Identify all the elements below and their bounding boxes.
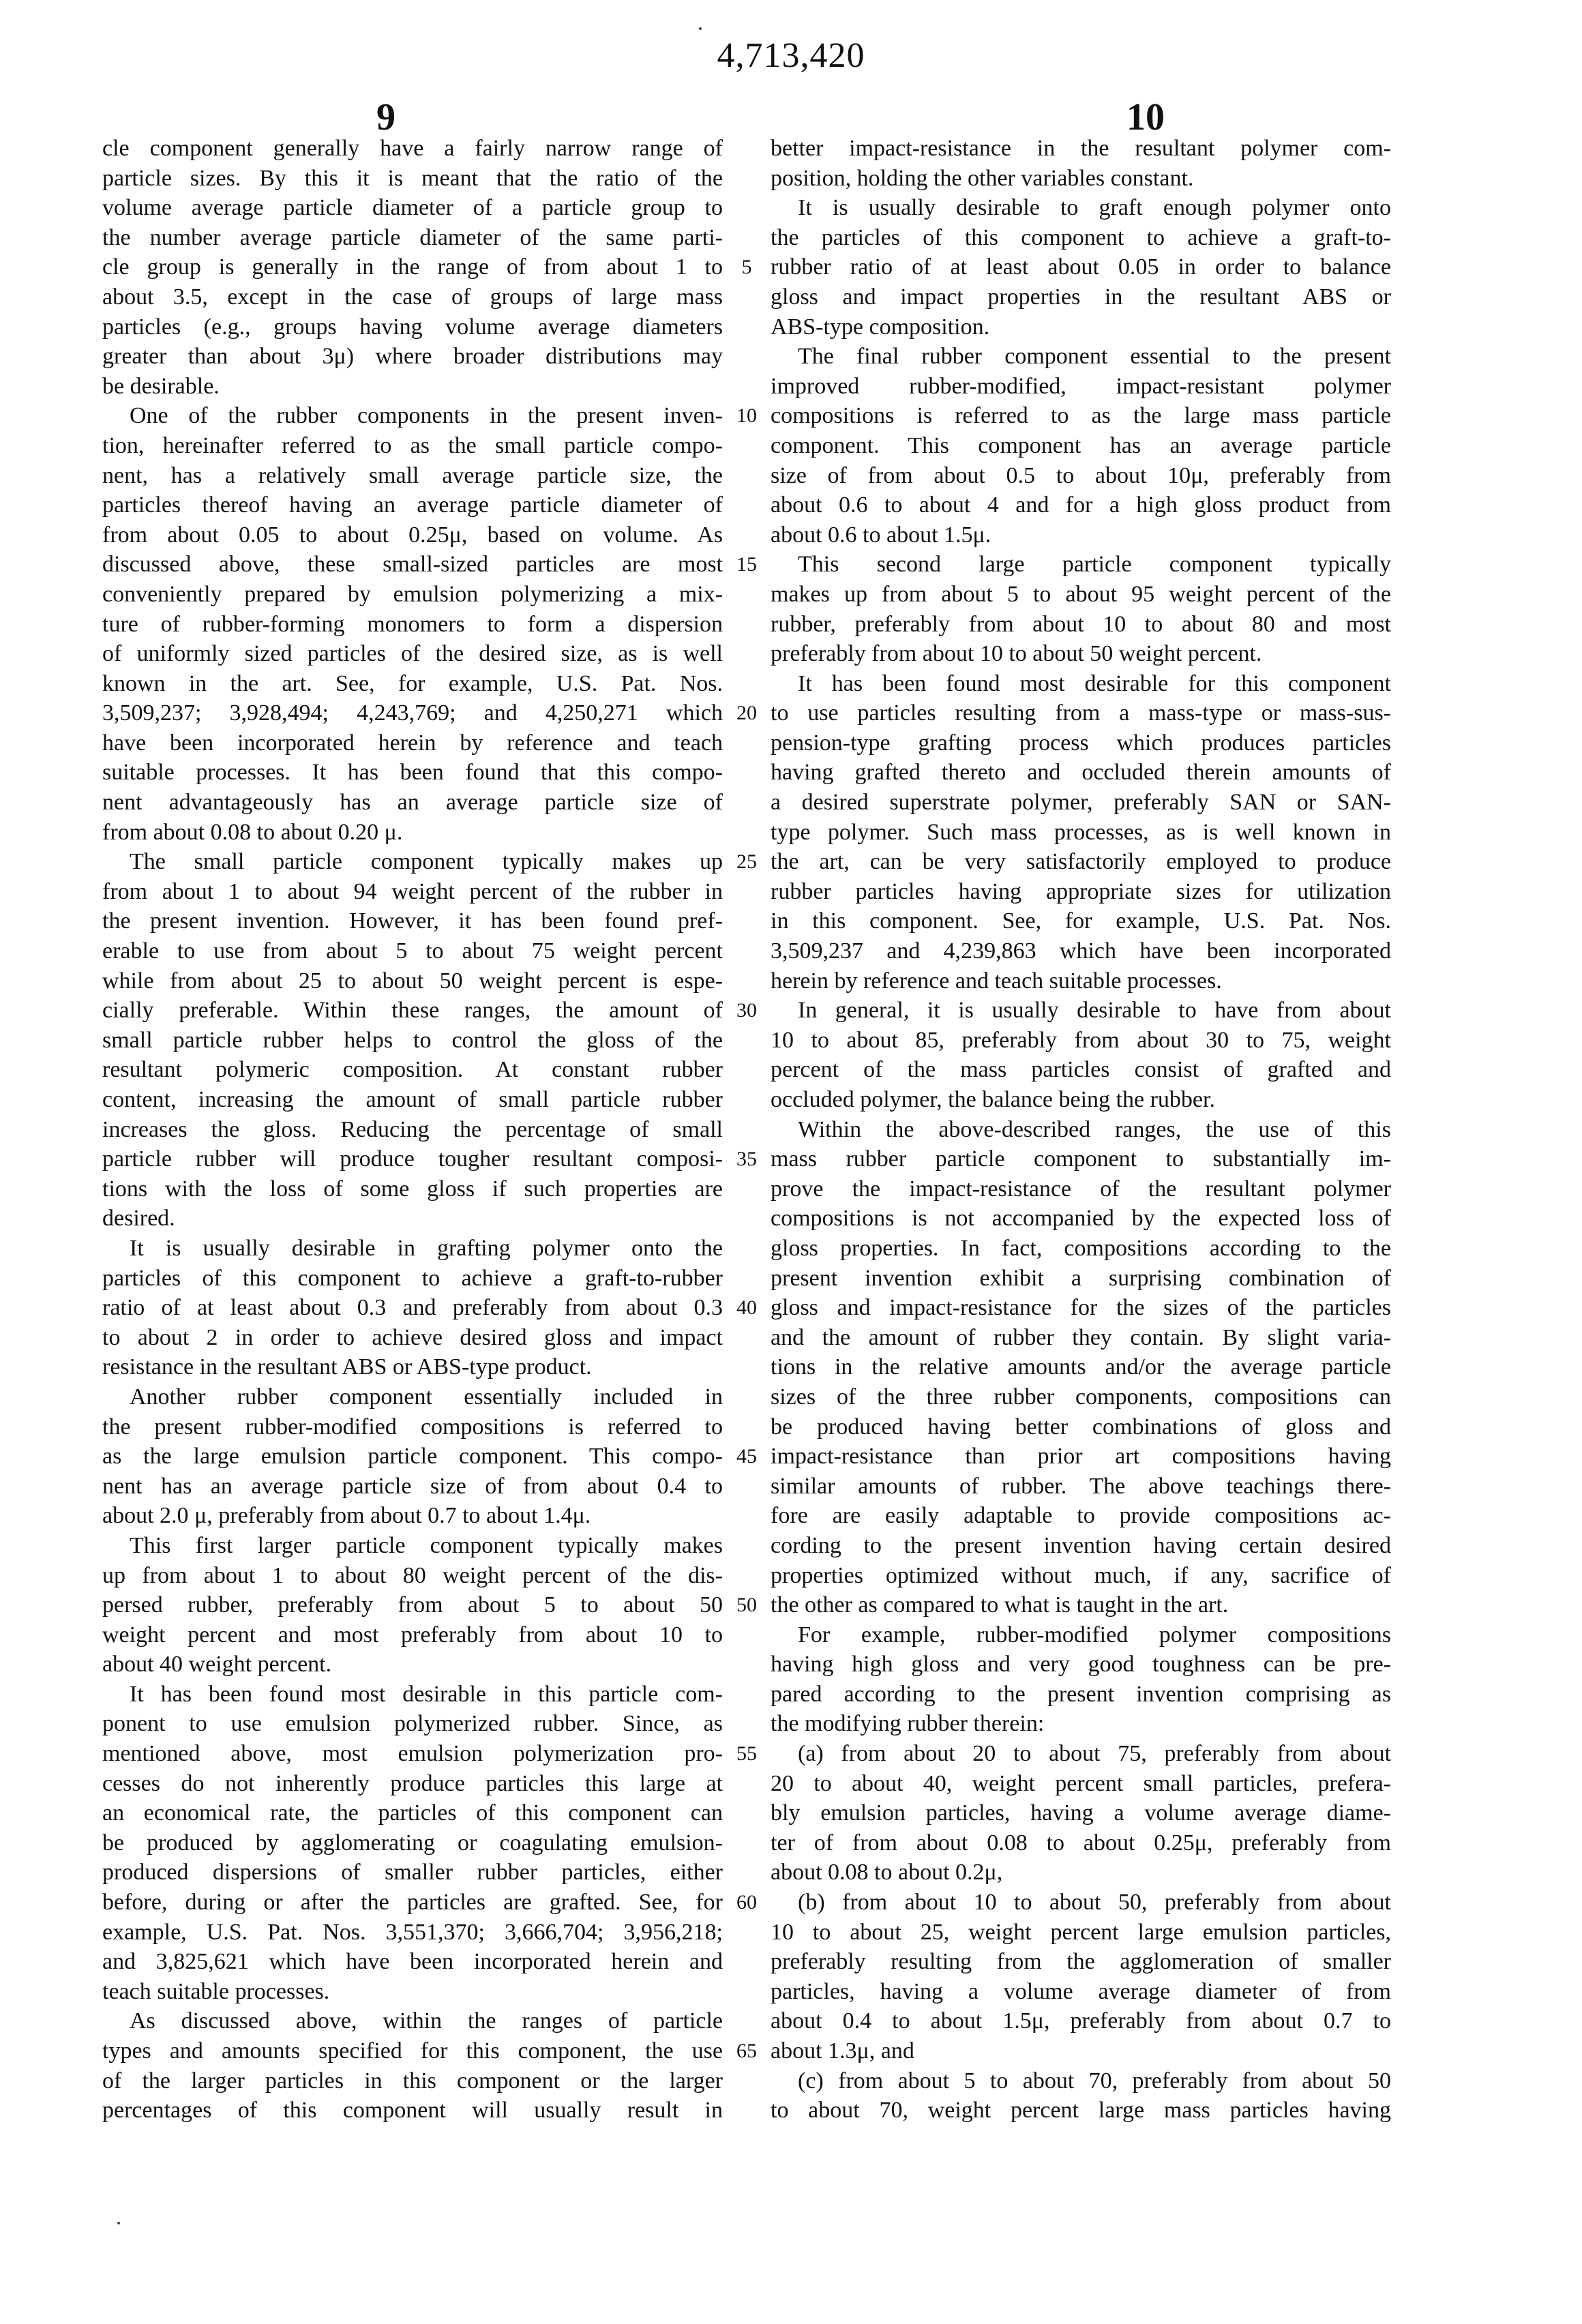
text-line: of uniformly sized particles of the desi… [102, 639, 723, 669]
line-number: 50 [730, 1590, 764, 1620]
text-line: to use particles resulting from a mass-t… [771, 698, 1391, 728]
line-number: 25 [730, 847, 764, 877]
text-line: rubber, preferably from about 10 to abou… [771, 610, 1391, 640]
text-line: properties optimized without much, if an… [771, 1561, 1391, 1591]
text-line: cially preferable. Within these ranges, … [102, 996, 723, 1026]
text-line: suitable processes. It has been found th… [102, 758, 723, 788]
line-number: 40 [730, 1293, 764, 1323]
text-line: cesses do not inherently produce particl… [102, 1769, 723, 1799]
right-column-number: 10 [1077, 95, 1214, 139]
text-line: type polymer. Such mass processes, as is… [771, 818, 1391, 848]
text-line: rubber particles having appropriate size… [771, 877, 1391, 907]
text-line: compositions is not accompanied by the e… [771, 1204, 1391, 1234]
text-line: about 0.6 to about 1.5μ. [771, 520, 1391, 550]
line-number: 55 [730, 1739, 764, 1769]
text-line: about 0.08 to about 0.2μ, [771, 1858, 1391, 1888]
text-line: bly emulsion particles, having a volume … [771, 1798, 1391, 1828]
text-line: fore are easily adaptable to provide com… [771, 1501, 1391, 1531]
scan-speck [699, 27, 702, 30]
text-line: nent, has a relatively small average par… [102, 461, 723, 491]
left-column-number: 9 [318, 95, 454, 139]
text-line: in this component. See, for example, U.S… [771, 906, 1391, 936]
text-line: tion, hereinafter referred to as the sma… [102, 431, 723, 461]
text-line: occluded polymer, the balance being the … [771, 1085, 1391, 1115]
text-line: better impact-resistance in the resultan… [771, 134, 1391, 164]
text-line: tions in the relative amounts and/or the… [771, 1352, 1391, 1382]
text-line: the present rubber-modified compositions… [102, 1412, 723, 1442]
text-line: particles thereof having an average part… [102, 490, 723, 520]
text-line: an economical rate, the particles of thi… [102, 1798, 723, 1828]
text-line: while from about 25 to about 50 weight p… [102, 966, 723, 996]
text-line: having high gloss and very good toughnes… [771, 1650, 1391, 1680]
text-line: be produced having better combinations o… [771, 1412, 1391, 1442]
text-line: particles of this component to achieve a… [102, 1264, 723, 1294]
text-line: sizes of the three rubber components, co… [771, 1382, 1391, 1412]
text-line: improved rubber-modified, impact-resista… [771, 372, 1391, 402]
text-line: the present invention. However, it has b… [102, 906, 723, 936]
text-line: the art, can be very satisfactorily empl… [771, 847, 1391, 877]
text-line: nent advantageously has an average parti… [102, 788, 723, 818]
line-number: 45 [730, 1442, 764, 1472]
text-line: content, increasing the amount of small … [102, 1085, 723, 1115]
text-line: preferably resulting from the agglomerat… [771, 1947, 1391, 1977]
text-line: nent has an average particle size of fro… [102, 1472, 723, 1502]
text-line: volume average particle diameter of a pa… [102, 193, 723, 223]
text-line: particles (e.g., groups having volume av… [102, 312, 723, 342]
text-line: pared according to the present invention… [771, 1680, 1391, 1710]
text-line: resultant polymeric composition. At cons… [102, 1055, 723, 1085]
text-line: to about 2 in order to achieve desired g… [102, 1323, 723, 1353]
text-line: mentioned above, most emulsion polymeriz… [102, 1739, 723, 1769]
text-line: having grafted thereto and occluded ther… [771, 758, 1391, 788]
text-line: from about 0.08 to about 0.20 μ. [102, 818, 723, 848]
text-line: makes up from about 5 to about 95 weight… [771, 580, 1391, 610]
text-line: have been incorporated herein by referen… [102, 728, 723, 758]
line-number: 30 [730, 996, 764, 1026]
line-number: 65 [730, 2036, 764, 2066]
text-line: impact-resistance than prior art composi… [771, 1442, 1391, 1472]
text-line: 10 to about 25, weight percent large emu… [771, 1918, 1391, 1948]
text-line: known in the art. See, for example, U.S.… [102, 669, 723, 699]
text-line: component. This component has an average… [771, 431, 1391, 461]
text-line: For example, rubber-modified polymer com… [771, 1620, 1391, 1650]
text-line: It has been found most desirable in this… [102, 1680, 723, 1710]
text-line: percent of the mass particles consist of… [771, 1055, 1391, 1085]
text-line: produced dispersions of smaller rubber p… [102, 1858, 723, 1888]
text-line: particles, having a volume average diame… [771, 1977, 1391, 2007]
text-line: about 40 weight percent. [102, 1650, 723, 1680]
text-line: about 0.6 to about 4 and for a high glos… [771, 490, 1391, 520]
patent-number: 4,713,420 [0, 35, 1582, 76]
text-line: erable to use from about 5 to about 75 w… [102, 936, 723, 966]
text-line: Within the above-described ranges, the u… [771, 1115, 1391, 1145]
text-line: gloss and impact properties in the resul… [771, 282, 1391, 312]
text-line: ponent to use emulsion polymerized rubbe… [102, 1709, 723, 1739]
text-line: to about 70, weight percent large mass p… [771, 2096, 1391, 2126]
text-line: gloss properties. In fact, compositions … [771, 1234, 1391, 1264]
text-line: from about 1 to about 94 weight percent … [102, 877, 723, 907]
text-line: increases the gloss. Reducing the percen… [102, 1115, 723, 1145]
text-line: persed rubber, preferably from about 5 t… [102, 1590, 723, 1620]
text-line: and 3,825,621 which have been incorporat… [102, 1947, 723, 1977]
text-line: as the large emulsion particle component… [102, 1442, 723, 1472]
text-line: cle group is generally in the range of f… [102, 252, 723, 282]
text-line: This second large particle component typ… [771, 550, 1391, 580]
text-line: It has been found most desirable for thi… [771, 669, 1391, 699]
text-line: a desired superstrate polymer, preferabl… [771, 788, 1391, 818]
text-line: particle rubber will produce tougher res… [102, 1144, 723, 1174]
text-line: and the amount of rubber they contain. B… [771, 1323, 1391, 1353]
text-line: pension-type grafting process which prod… [771, 728, 1391, 758]
text-line: rubber ratio of at least about 0.05 in o… [771, 252, 1391, 282]
scan-speck [117, 2222, 120, 2224]
text-line: small particle rubber helps to control t… [102, 1026, 723, 1056]
text-line: be desirable. [102, 372, 723, 402]
text-line: The small particle component typically m… [102, 847, 723, 877]
text-line: types and amounts specified for this com… [102, 2036, 723, 2066]
text-line: This first larger particle component typ… [102, 1531, 723, 1561]
text-line: (b) from about 10 to about 50, preferabl… [771, 1888, 1391, 1918]
text-line: discussed above, these small-sized parti… [102, 550, 723, 580]
text-line: mass rubber particle component to substa… [771, 1144, 1391, 1174]
text-line: It is usually desirable in grafting poly… [102, 1234, 723, 1264]
text-line: be produced by agglomerating or coagulat… [102, 1828, 723, 1858]
text-line: cording to the present invention having … [771, 1531, 1391, 1561]
text-line: the modifying rubber therein: [771, 1709, 1391, 1739]
text-line: up from about 1 to about 80 weight perce… [102, 1561, 723, 1591]
text-line: about 3.5, except in the case of groups … [102, 282, 723, 312]
text-line: ABS-type composition. [771, 312, 1391, 342]
text-line: position, holding the other variables co… [771, 164, 1391, 194]
text-line: similar amounts of rubber. The above tea… [771, 1472, 1391, 1502]
line-number: 35 [730, 1144, 764, 1174]
text-line: ratio of at least about 0.3 and preferab… [102, 1293, 723, 1323]
text-line: desired. [102, 1204, 723, 1234]
text-line: (c) from about 5 to about 70, preferably… [771, 2066, 1391, 2096]
text-line: before, during or after the particles ar… [102, 1888, 723, 1918]
text-line: conveniently prepared by emulsion polyme… [102, 580, 723, 610]
left-text-column: cle component generally have a fairly na… [102, 134, 723, 2126]
text-line: the particles of this component to achie… [771, 223, 1391, 253]
text-line: 3,509,237; 3,928,494; 4,243,769; and 4,2… [102, 698, 723, 728]
text-line: percentages of this component will usual… [102, 2096, 723, 2126]
text-line: teach suitable processes. [102, 1977, 723, 2007]
text-line: The final rubber component essential to … [771, 342, 1391, 372]
text-line: resistance in the resultant ABS or ABS-t… [102, 1352, 723, 1382]
line-number: 60 [730, 1888, 764, 1918]
text-line: ter of from about 0.08 to about 0.25μ, p… [771, 1828, 1391, 1858]
line-number: 15 [730, 550, 764, 580]
text-line: the number average particle diameter of … [102, 223, 723, 253]
text-line: (a) from about 20 to about 75, preferabl… [771, 1739, 1391, 1769]
text-line: greater than about 3μ) where broader dis… [102, 342, 723, 372]
text-line: preferably from about 10 to about 50 wei… [771, 639, 1391, 669]
text-line: 3,509,237 and 4,239,863 which have been … [771, 936, 1391, 966]
right-text-column: better impact-resistance in the resultan… [771, 134, 1391, 2126]
text-line: In general, it is usually desirable to h… [771, 996, 1391, 1026]
text-line: 20 to about 40, weight percent small par… [771, 1769, 1391, 1799]
text-line: prove the impact-resistance of the resul… [771, 1174, 1391, 1204]
text-line: Another rubber component essentially inc… [102, 1382, 723, 1412]
text-line: from about 0.05 to about 0.25μ, based on… [102, 520, 723, 550]
text-line: It is usually desirable to graft enough … [771, 193, 1391, 223]
text-line: tions with the loss of some gloss if suc… [102, 1174, 723, 1204]
text-line: about 2.0 μ, preferably from about 0.7 t… [102, 1501, 723, 1531]
text-line: ture of rubber-forming monomers to form … [102, 610, 723, 640]
text-line: weight percent and most preferably from … [102, 1620, 723, 1650]
text-line: 10 to about 85, preferably from about 30… [771, 1026, 1391, 1056]
text-line: the other as compared to what is taught … [771, 1590, 1391, 1620]
text-line: present invention exhibit a surprising c… [771, 1264, 1391, 1294]
text-line: cle component generally have a fairly na… [102, 134, 723, 164]
text-line: about 1.3μ, and [771, 2036, 1391, 2066]
text-line: As discussed above, within the ranges of… [102, 2006, 723, 2036]
text-line: One of the rubber components in the pres… [102, 401, 723, 431]
line-number: 20 [730, 698, 764, 728]
text-line: compositions is referred to as the large… [771, 401, 1391, 431]
text-line: about 0.4 to about 1.5μ, preferably from… [771, 2006, 1391, 2036]
text-line: size of from about 0.5 to about 10μ, pre… [771, 461, 1391, 491]
text-line: example, U.S. Pat. Nos. 3,551,370; 3,666… [102, 1918, 723, 1948]
line-number: 10 [730, 401, 764, 431]
text-line: particle sizes. By this it is meant that… [102, 164, 723, 194]
text-line: herein by reference and teach suitable p… [771, 966, 1391, 996]
text-line: of the larger particles in this componen… [102, 2066, 723, 2096]
line-number: 5 [730, 252, 764, 282]
text-line: gloss and impact-resistance for the size… [771, 1293, 1391, 1323]
